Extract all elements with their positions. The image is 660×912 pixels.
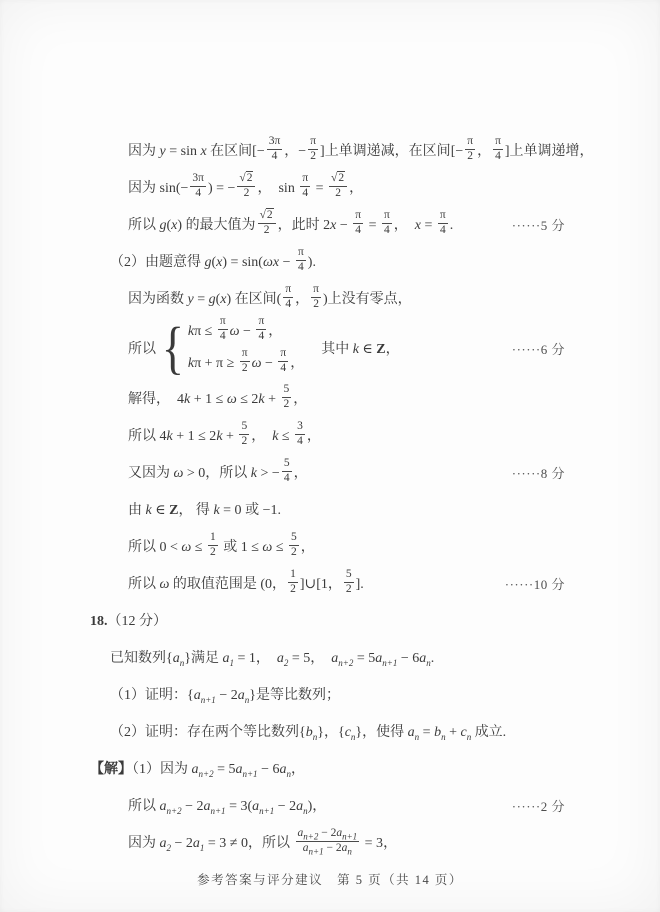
score-mark: ······8 分 (512, 456, 565, 492)
math-text: π ≤ (194, 324, 216, 339)
denominator: 2 (240, 362, 250, 376)
math-text: ∈ (152, 503, 169, 518)
subscript: n+2 (167, 806, 182, 816)
numerator: π (218, 315, 228, 330)
denominator: 4 (256, 330, 266, 344)
math-variable: an+1 (203, 799, 225, 814)
denominator: 4 (493, 150, 503, 164)
numerator: 5 (289, 531, 299, 546)
numerator: π (296, 246, 306, 261)
math-text: = 5 (288, 651, 310, 666)
left-brace: { (162, 325, 184, 371)
cjk-text: ，此时 (278, 218, 324, 233)
fraction: π4 (283, 283, 293, 312)
cjk-text: ， (324, 725, 338, 740)
fraction: 3π4 (267, 135, 283, 164)
text-line: 已知数列{an}满足 a1 = 1， a2 = 5， an+2 = 5an+1 … (0, 641, 660, 677)
math-text: 4 (177, 392, 184, 407)
math-variable: cn (460, 725, 471, 740)
math-variable: an+1 (336, 827, 357, 839)
denominator: 4 (282, 472, 292, 486)
numerator: π (240, 347, 250, 362)
cjk-text: 是等比数列； (256, 688, 340, 703)
numerator: π (256, 315, 266, 330)
cases-rows: kπ ≤ π4ω − π4，kπ + π ≥ π2ω − π4， (188, 317, 304, 379)
math-text: 1 ≤ (241, 540, 263, 555)
text-line: 【解】（1）因为 an+2 = 5an+1 − 6an， (0, 752, 660, 788)
cjk-text: ， 得 (178, 503, 213, 518)
math-text: ]. (356, 577, 364, 592)
bold-text: 【解】 (90, 762, 132, 777)
math-variable: an+1 (235, 762, 257, 777)
fraction: 52 (344, 568, 354, 597)
cjk-text: ，所以 (248, 836, 294, 851)
math-variable: ω (262, 540, 272, 555)
denominator: 4 (278, 362, 288, 376)
math-text: − 2 (171, 836, 193, 851)
math-variable: a1 (222, 651, 234, 666)
math-text: −1. (259, 503, 281, 518)
fraction: 54 (282, 457, 292, 486)
math-text: . (431, 651, 435, 666)
numerator: 1 (208, 531, 218, 546)
math-variable: ω (160, 577, 170, 592)
math-text: = 3 ≠ 0 (204, 836, 248, 851)
denominator: 2 (289, 546, 299, 560)
bold-text: 18. (90, 614, 108, 629)
math-text: + (265, 392, 280, 407)
math-variable: ω (230, 324, 240, 339)
subscript: n+1 (242, 769, 257, 779)
math-text: ， (290, 356, 304, 371)
math-text: [− (451, 144, 464, 159)
math-text: − 2 (324, 842, 342, 854)
numerator: π (300, 172, 310, 187)
cjk-text: （12 分） (108, 614, 168, 629)
fraction: 3π4 (190, 172, 206, 201)
fraction: π4 (218, 315, 228, 344)
fraction: π4 (493, 135, 503, 164)
math-text: − 6 (397, 651, 419, 666)
math-text: { (187, 688, 194, 703)
text-line: 所以 ω 的取值范围是 (0，12]∪[1，52].······10 分 (0, 567, 660, 603)
math-text: = (194, 292, 209, 307)
fraction: π4 (278, 347, 288, 376)
math-text: + (223, 429, 238, 444)
math-text: { (299, 725, 306, 740)
cjk-text: 或 (220, 540, 241, 555)
math-variable: g (160, 218, 167, 233)
subscript: n+1 (382, 658, 397, 668)
math-variable: an (296, 799, 308, 814)
denominator: an+1 − 2an (301, 842, 354, 856)
math-text: ]∪[1， (300, 577, 342, 592)
cjk-text: 上单调递减，在区间 (325, 144, 451, 159)
cjk-text: )上没有零点， (323, 292, 412, 307)
math-text: = 5 (214, 762, 236, 777)
math-text: [− (252, 144, 265, 159)
numerator: 1 (288, 568, 298, 583)
math-text: + (446, 725, 461, 740)
math-text: ， (268, 324, 282, 339)
math-variable: an+1 (375, 651, 397, 666)
fraction: 12 (208, 531, 218, 560)
math-variable: an (419, 651, 431, 666)
numerator: π (465, 135, 475, 150)
math-variable: bn (434, 725, 446, 740)
math-variable: g (205, 255, 212, 270)
fraction: π2 (311, 283, 321, 312)
math-text: 0 < (160, 540, 182, 555)
math-text: = (419, 725, 434, 740)
text-line: （1）证明：{an+1 − 2an}是等比数列； (0, 678, 660, 714)
subscript: n+1 (201, 695, 216, 705)
math-text: − 2 (318, 827, 336, 839)
cjk-text: ，所以 (205, 466, 251, 481)
math-variable: a2 (277, 651, 289, 666)
text-line: 所以 0 < ω ≤ 12 或 1 ≤ ω ≤ 52， (0, 530, 660, 566)
cases-row: kπ + π ≥ π2ω − π4， (188, 349, 304, 379)
math-variable: bn (306, 725, 318, 740)
radicand: 2 (246, 171, 254, 184)
math-text: = (312, 181, 327, 196)
math-text: ) = − (208, 181, 235, 196)
math-text: = (365, 218, 380, 233)
cjk-text: 其中 (307, 342, 353, 357)
cjk-text: ， (293, 392, 307, 407)
fraction: an+2 − 2an+1an+1 − 2an (296, 827, 360, 856)
math-text: { (166, 651, 173, 666)
cjk-text: ， (310, 651, 331, 666)
math-text: ). (308, 255, 316, 270)
math-text: 4 (160, 429, 167, 444)
score-mark: ······10 分 (505, 567, 565, 603)
page-footer: 参考答案与评分建议 第 5 页（共 14 页） (0, 870, 660, 888)
numerator: π (283, 283, 293, 298)
denominator: 2 (465, 150, 475, 164)
math-variable: cn (345, 725, 356, 740)
math-text: ， (295, 292, 309, 307)
math-text: ， (477, 144, 491, 159)
math-variable: an (238, 688, 250, 703)
math-text: ≤ (191, 540, 206, 555)
numerator: √2 (258, 209, 276, 224)
cases-group: {kπ ≤ π4ω − π4，kπ + π ≥ π2ω − π4， (159, 317, 304, 379)
fraction: π2 (308, 135, 318, 164)
subscript: n+1 (259, 806, 274, 816)
math-text: } (317, 725, 324, 740)
text-line: 由 k ∈ Z， 得 k = 0 或 −1. (0, 493, 660, 529)
cjk-text: ， (394, 218, 415, 233)
subscript: n+2 (303, 832, 318, 842)
denominator: 2 (308, 150, 318, 164)
cjk-text: ， (312, 799, 326, 814)
math-variable: a2 (160, 836, 172, 851)
radicand: 2 (337, 171, 345, 184)
math-text: = 0 (220, 503, 245, 518)
math-variable: an+2 (298, 827, 319, 839)
math-variable: an+1 (252, 799, 274, 814)
cjk-text: 的最大值为 (182, 218, 256, 233)
radicand: 2 (266, 208, 274, 221)
denominator: 4 (353, 224, 363, 238)
math-variable: an (408, 725, 420, 740)
cjk-text: 所以 (128, 799, 160, 814)
fraction: π4 (256, 315, 266, 344)
cjk-text: ， (257, 181, 278, 196)
math-text: } (184, 651, 191, 666)
math-text: − (336, 218, 351, 233)
numerator: π (382, 209, 392, 224)
score-mark: ······5 分 (512, 208, 565, 244)
subscript: n+1 (342, 832, 357, 842)
numerator: π (438, 209, 448, 224)
score-mark: ······2 分 (512, 789, 565, 825)
cjk-text: 所以 (128, 342, 156, 357)
math-text: > 0 (183, 466, 205, 481)
cjk-text: ， (349, 181, 363, 196)
text-line: 因为 y = sin x 在区间[−3π4，−π2]上单调递减，在区间[−π2，… (0, 134, 660, 170)
cjk-text: 因为函数 (128, 292, 188, 307)
cjk-text: 已知数列 (110, 651, 166, 666)
numerator: π (278, 347, 288, 362)
text-line: 因为 sin(−3π4) = −√22， sin π4 = √22， (0, 171, 660, 207)
math-text: { (338, 725, 345, 740)
denominator: 2 (344, 583, 354, 597)
math-variable: an+1 (194, 688, 216, 703)
math-variable: an (279, 762, 291, 777)
cjk-text: ， (294, 466, 308, 481)
numerator: 3π (190, 172, 206, 187)
answer-content: 因为 y = sin x 在区间[−3π4，−π2]上单调递减，在区间[−π2，… (0, 134, 660, 863)
text-line: （2）证明：存在两个等比数列{bn}，{cn}，使得 an = bn + cn … (0, 715, 660, 751)
denominator: 2 (208, 546, 218, 560)
numerator: 5 (282, 457, 292, 472)
math-variable: ω (174, 466, 184, 481)
math-text: + 1 ≤ (190, 392, 227, 407)
math-variable: an (173, 651, 185, 666)
text-line: 18.（12 分） (0, 604, 660, 640)
fraction: 52 (282, 383, 292, 412)
numerator: 3 (295, 420, 305, 435)
math-text: + 1 ≤ 2 (173, 429, 217, 444)
subscript: n+1 (210, 806, 225, 816)
denominator: 2 (262, 224, 272, 238)
fraction: 52 (239, 420, 249, 449)
numerator: 5 (282, 383, 292, 398)
denominator: 4 (218, 330, 228, 344)
denominator: 4 (193, 187, 203, 201)
math-text: sin (278, 181, 298, 196)
cjk-text: 由 (128, 503, 146, 518)
text-line: 所以{kπ ≤ π4ω − π4，kπ + π ≥ π2ω − π4， 其中 k… (0, 319, 660, 381)
score-mark: ······6 分 (512, 332, 565, 368)
math-text: − (240, 324, 255, 339)
math-text: − (279, 255, 294, 270)
cases-row: kπ ≤ π4ω − π4， (188, 317, 304, 347)
math-text: − 2 (274, 799, 296, 814)
sqrt-expression: √2 (239, 171, 253, 184)
numerator: 3π (267, 135, 283, 150)
fraction: π4 (382, 209, 392, 238)
math-text: − 2 (216, 688, 238, 703)
math-text: = 1 (234, 651, 256, 666)
denominator: 4 (295, 435, 305, 449)
fraction: √22 (258, 209, 276, 238)
text-line: 因为 a2 − 2a1 = 3 ≠ 0，所以 an+2 − 2an+1an+1 … (0, 826, 660, 862)
math-text: π + π ≥ (194, 356, 238, 371)
cjk-text: 所以 (128, 218, 160, 233)
subscript: n+2 (199, 769, 214, 779)
denominator: 2 (333, 187, 343, 201)
fraction: π4 (300, 172, 310, 201)
sqrt-expression: √2 (331, 171, 345, 184)
math-text: = 5 (353, 651, 375, 666)
math-text: − 2 (182, 799, 204, 814)
denominator: 4 (382, 224, 392, 238)
denominator: 4 (283, 298, 293, 312)
fraction: 12 (288, 568, 298, 597)
cjk-text: 成立. (471, 725, 506, 740)
cjk-text: 在区间 (207, 144, 253, 159)
denominator: 2 (239, 435, 249, 449)
numerator: π (308, 135, 318, 150)
cjk-text: ， (307, 429, 321, 444)
math-text: ，− (284, 144, 306, 159)
math-variable: an+2 (160, 799, 182, 814)
cjk-text: 所以 (128, 429, 160, 444)
denominator: 2 (282, 398, 292, 412)
fraction: π2 (240, 347, 250, 376)
numerator: 5 (344, 568, 354, 583)
math-variable: an+2 (331, 651, 353, 666)
fraction: 52 (289, 531, 299, 560)
scanned-answer-page: 因为 y = sin x 在区间[−3π4，−π2]上单调递减，在区间[−π2，… (0, 0, 660, 912)
cjk-text: （2）由题意得 (110, 255, 205, 270)
math-variable: an+1 (303, 842, 324, 854)
math-variable: a1 (193, 836, 205, 851)
math-text: ≤ (278, 429, 293, 444)
fraction: π4 (353, 209, 363, 238)
denominator: 4 (296, 261, 306, 275)
cjk-text: ， (256, 651, 277, 666)
cjk-text: ，使得 (362, 725, 408, 740)
math-set-symbol: Z (376, 342, 385, 357)
cjk-text: （1）证明： (110, 688, 187, 703)
cjk-text: 或 (245, 503, 259, 518)
cjk-text: ， (291, 762, 305, 777)
math-variable: an (342, 842, 352, 854)
cjk-text: （2）证明：存在两个等比数列 (110, 725, 299, 740)
numerator: 5 (239, 420, 249, 435)
sqrt-expression: √2 (260, 208, 274, 221)
math-text: = 3( (226, 799, 253, 814)
text-line: 所以 an+2 − 2an+1 = 3(an+1 − 2an)，······2 … (0, 789, 660, 825)
numerator: √2 (237, 172, 255, 187)
fraction: π4 (296, 246, 306, 275)
math-text: = (421, 218, 436, 233)
text-line: 所以 g(x) 的最大值为√22，此时 2x − π4 = π4， x = π4… (0, 208, 660, 244)
cjk-text: 又因为 (128, 466, 174, 481)
numerator: π (311, 283, 321, 298)
denominator: 4 (300, 187, 310, 201)
cjk-text: 因为 (128, 144, 160, 159)
math-text: = sin (166, 144, 201, 159)
math-variable: ω (181, 540, 191, 555)
denominator: 4 (438, 224, 448, 238)
denominator: 2 (288, 583, 298, 597)
cjk-text: 在区间( (231, 292, 281, 307)
fraction: π4 (438, 209, 448, 238)
math-text: . (450, 218, 454, 233)
numerator: π (353, 209, 363, 224)
denominator: 2 (311, 298, 321, 312)
math-text: (0， (260, 577, 286, 592)
math-text: − 6 (258, 762, 280, 777)
cjk-text: 因为 (128, 181, 160, 196)
cjk-text: 解得， (128, 392, 177, 407)
math-text: ) = sin( (222, 255, 263, 270)
cjk-text: ， (251, 429, 272, 444)
math-variable: an+2 (192, 762, 214, 777)
numerator: √2 (329, 172, 347, 187)
subscript: n+1 (309, 847, 324, 857)
denominator: 4 (270, 150, 280, 164)
text-line: 所以 4k + 1 ≤ 2k + 52， k ≤ 34， (0, 419, 660, 455)
cjk-text: ， (301, 540, 315, 555)
math-text: ≤ 2 (237, 392, 259, 407)
cjk-text: 的取值范围是 (169, 577, 260, 592)
text-line: 因为函数 y = g(x) 在区间(π4，π2)上没有零点， (0, 282, 660, 318)
cjk-text: ， (383, 836, 397, 851)
math-text: sin(− (160, 181, 189, 196)
text-line: 又因为 ω > 0，所以 k > −54，······8 分 (0, 456, 660, 492)
cjk-text: （1）因为 (132, 762, 192, 777)
numerator: an+2 − 2an+1 (296, 827, 360, 842)
math-text: − (261, 356, 276, 371)
math-text: ∈ (359, 342, 376, 357)
fraction: π2 (465, 135, 475, 164)
math-variable: ω (227, 392, 237, 407)
subscript: n+2 (338, 658, 353, 668)
numerator: π (493, 135, 503, 150)
cjk-text: 上单调递增， (510, 144, 594, 159)
text-line: 解得， 4k + 1 ≤ ω ≤ 2k + 52， (0, 382, 660, 418)
subscript: n (347, 847, 352, 857)
math-text: } (249, 688, 256, 703)
math-variable: g (209, 292, 216, 307)
cjk-text: 满足 (191, 651, 223, 666)
cjk-text: 所以 (128, 577, 160, 592)
denominator: 2 (242, 187, 252, 201)
cjk-text: ， (386, 342, 400, 357)
fraction: √22 (237, 172, 255, 201)
math-text: = 3 (361, 836, 383, 851)
math-variable: ωx (263, 255, 279, 270)
text-line: （2）由题意得 g(x) = sin(ωx − π4). (0, 245, 660, 281)
fraction: 34 (295, 420, 305, 449)
math-text: ≤ (272, 540, 287, 555)
math-variable: ω (252, 356, 262, 371)
math-text: > − (257, 466, 280, 481)
cjk-text: 所以 (128, 540, 160, 555)
fraction: √22 (329, 172, 347, 201)
cjk-text: 因为 (128, 836, 160, 851)
